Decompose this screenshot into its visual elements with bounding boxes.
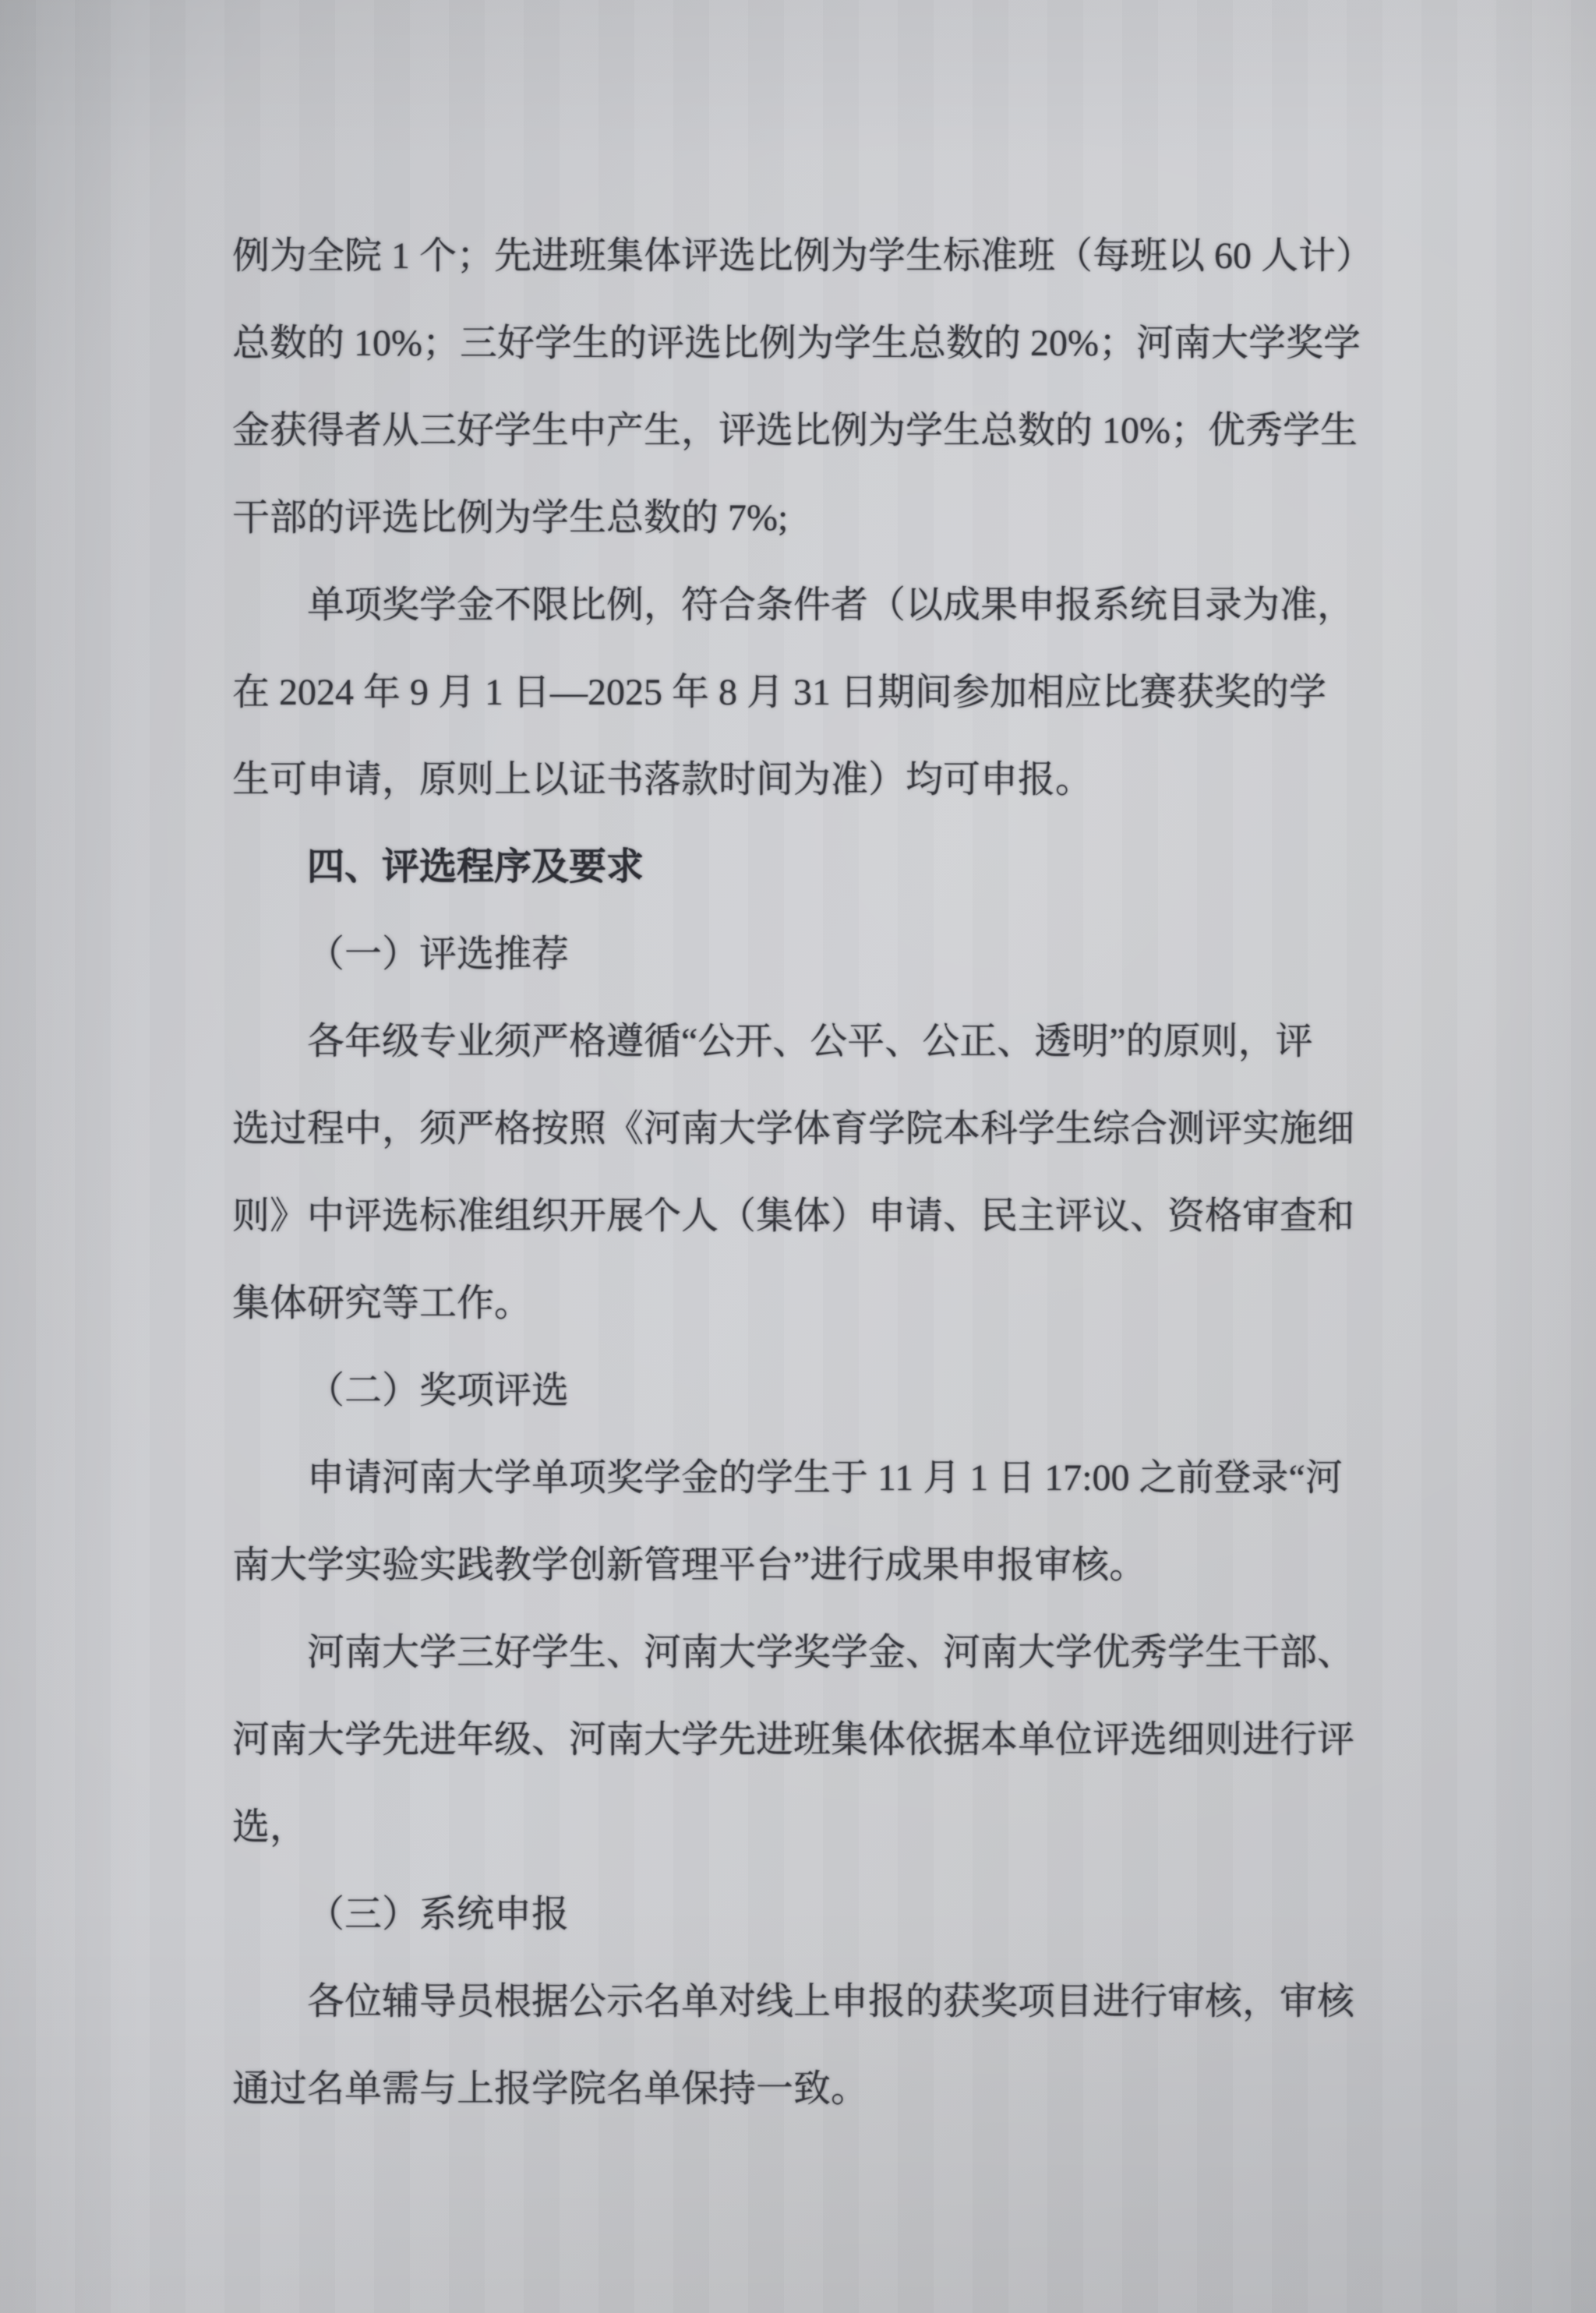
text-line-4: 干部的评选比例为学生总数的 7%; [232,475,1378,562]
text-line-15: 申请河南大学单项奖学金的学生于 11 月 1 日 17:00 之前登录“河 [232,1435,1378,1522]
text-line-11: 选过程中，须严格按照《河南大学体育学院本科学生综合测评实施细 [232,1086,1378,1173]
text-line-17: 河南大学三好学生、河南大学奖学金、河南大学优秀学生干部、 [232,1609,1378,1697]
text-line-12: 则》中评选标准组织开展个人（集体）申请、民主评议、资格审查和 [232,1173,1378,1260]
text-line-16: 南大学实验实践教学创新管理平台”进行成果申报审核。 [232,1522,1378,1609]
text-line-19: 选， [232,1784,1378,1871]
text-line-2: 总数的 10%；三好学生的评选比例为学生总数的 20%；河南大学奖学 [232,300,1378,387]
text-line-10: 各年级专业须严格遵循“公开、公平、公正、透明”的原则，评 [232,998,1378,1086]
text-line-13: 集体研究等工作。 [232,1260,1378,1347]
text-line-5: 单项奖学金不限比例，符合条件者（以成果申报系统目录为准， [232,562,1378,649]
text-line-7: 生可申请，原则上以证书落款时间为准）均可申报。 [232,736,1378,824]
text-line-20: （三）系统申报 [232,1871,1378,1958]
text-line-14: （二）奖项评选 [232,1347,1378,1435]
text-line-1: 例为全院 1 个；先进班集体评选比例为学生标准班（每班以 60 人计） [232,213,1378,300]
text-line-3: 金获得者从三好学生中产生，评选比例为学生总数的 10%；优秀学生 [232,387,1378,475]
document-page: 例为全院 1 个；先进班集体评选比例为学生标准班（每班以 60 人计）总数的 1… [0,0,1596,2313]
text-line-9: （一）评选推荐 [232,911,1378,998]
text-line-6: 在 2024 年 9 月 1 日—2025 年 8 月 31 日期间参加相应比赛… [232,649,1378,736]
text-line-18: 河南大学先进年级、河南大学先进班集体依据本单位评选细则进行评 [232,1697,1378,1784]
document-text-block: 例为全院 1 个；先进班集体评选比例为学生标准班（每班以 60 人计）总数的 1… [232,213,1378,2133]
text-line-8: 四、评选程序及要求 [232,824,1378,911]
text-line-21: 各位辅导员根据公示名单对线上申报的获奖项目进行审核，审核 [232,1958,1378,2046]
text-line-22: 通过名单需与上报学院名单保持一致。 [232,2046,1378,2133]
